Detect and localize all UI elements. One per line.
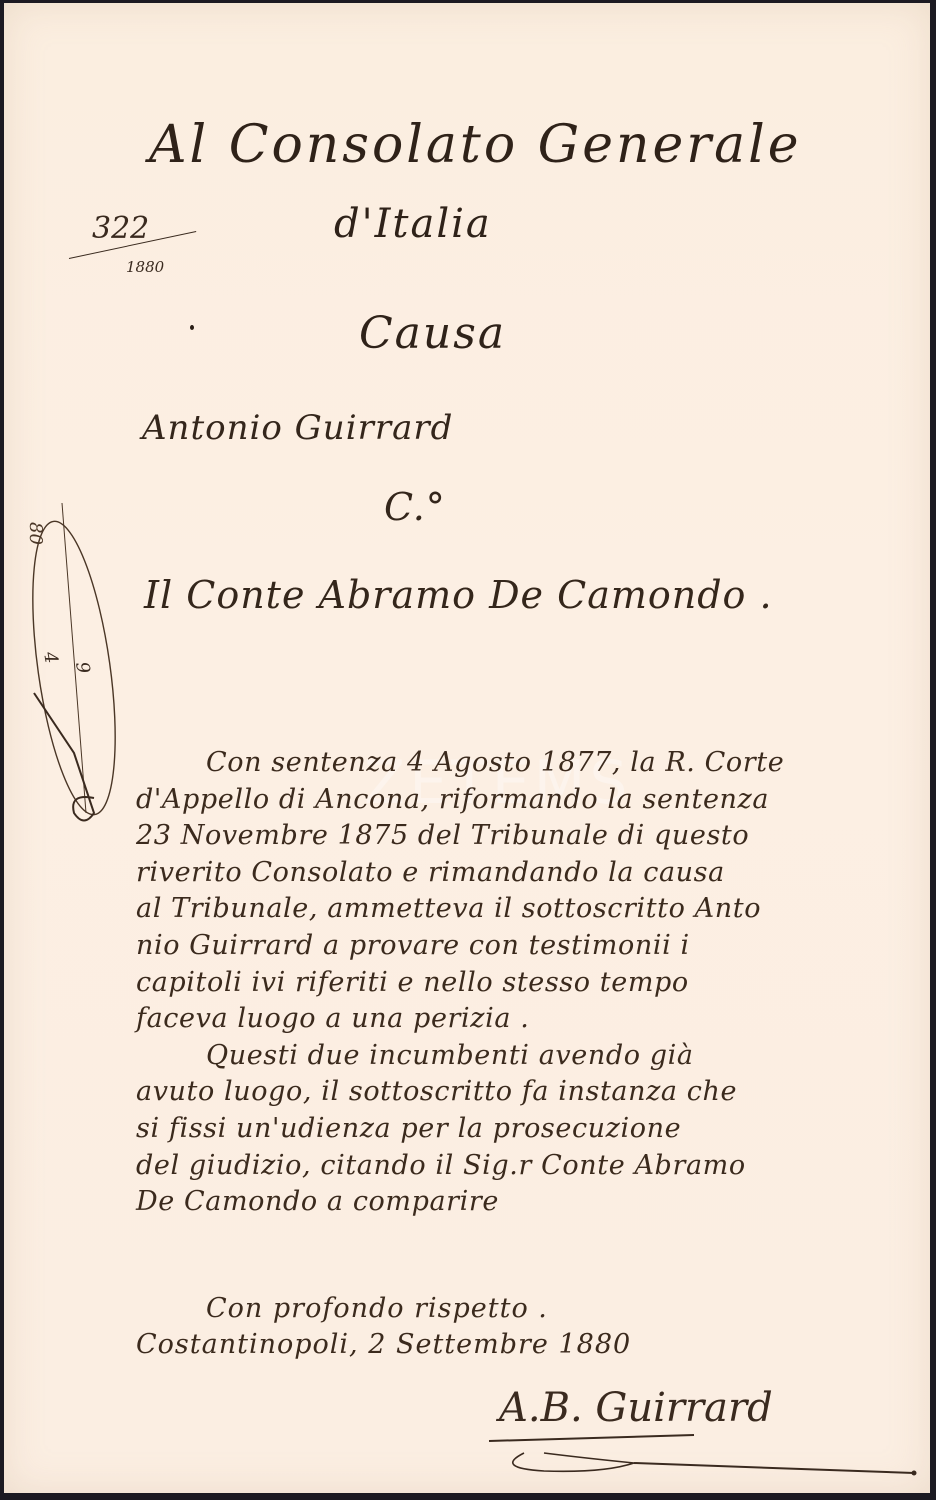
protocol-number: 322 [92,211,149,246]
place-and-date: Costantinopoli, 2 Settembre 1880 [136,1329,631,1360]
body-line: Questi due incumbenti avendo già [136,1038,926,1075]
document-page: ZETEMS Al Consolato Generale d'Italia 32… [4,3,930,1493]
body-line: 23 Novembre 1875 del Tribunale di questo [136,818,926,855]
ink-dot [190,325,194,330]
svg-text:9: 9 [71,660,94,675]
body-line: d'Appello di Ancona, riformando la sente… [136,782,926,819]
body-line: avuto luogo, il sottoscritto fa instanza… [136,1074,926,1111]
addressee-line-2: d'Italia [334,201,492,247]
body-line: faceva luogo a una perizia . [136,1001,926,1038]
case-label: Causa [359,308,506,359]
margin-flourish-icon: 4 9 [14,493,134,833]
protocol-year: 1880 [126,258,164,276]
body-line: capitoli ivi riferiti e nello stesso tem… [136,965,926,1002]
petition-body: Con sentenza 4 Agosto 1877, la R. Corte … [136,745,926,1221]
defendant-name: Il Conte Abramo De Camondo . [144,573,773,617]
plaintiff-name: Antonio Guirrard [142,408,453,448]
versus-label: C.° [384,485,446,529]
addressee-line-1: Al Consolato Generale [149,115,802,175]
signature-flourish-icon [484,1423,924,1483]
body-line: si fissi un'udienza per la prosecuzione [136,1111,926,1148]
body-line: Con sentenza 4 Agosto 1877, la R. Corte [136,745,926,782]
svg-text:4: 4 [39,649,62,665]
body-line: De Camondo a comparire [136,1184,926,1221]
closing-salutation: Con profondo rispetto . [206,1293,548,1324]
body-line: riverito Consolato e rimandando la causa [136,855,926,892]
body-line: del giudizio, citando il Sig.r Conte Abr… [136,1148,926,1185]
body-line: nio Guirrard a provare con testimonii i [136,928,926,965]
body-line: al Tribunale, ammetteva il sottoscritto … [136,891,926,928]
